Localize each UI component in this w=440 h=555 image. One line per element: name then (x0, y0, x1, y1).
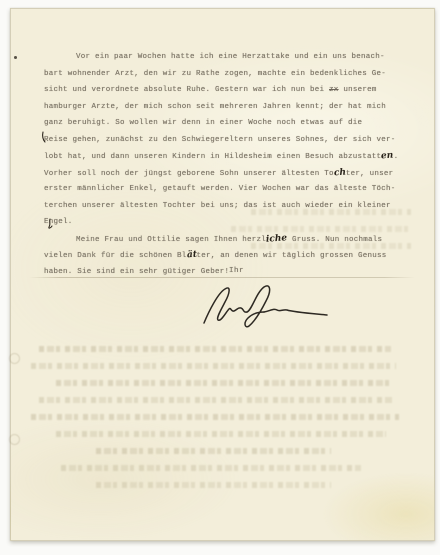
letter-line: erster männlicher Enkel, getauft werden.… (44, 181, 396, 198)
showthrough-line (31, 363, 396, 369)
text-segment: zx (329, 86, 339, 94)
margin-ink-dot (14, 56, 17, 59)
text-segment: hamburger Arzte, der mich schon seit meh… (44, 103, 386, 111)
showthrough-line (56, 380, 389, 386)
showthrough-line (96, 482, 331, 488)
showthrough-line (96, 448, 331, 454)
letter-line: hamburger Arzte, der mich schon seit meh… (44, 99, 396, 116)
text-segment: Meine Frau und Ottilie sagen Ihnen herzl (76, 236, 266, 244)
letter-line: lobt hat, und dann unseren Kindern in Hi… (44, 148, 396, 165)
showthrough-line (39, 346, 391, 352)
showthrough-line (31, 414, 399, 420)
fold-line (29, 277, 415, 278)
showthrough-line (56, 431, 386, 437)
ink-correction-text: ät (186, 247, 197, 264)
letter-paper-sheet: Vor ein paar Wochen hatte ich eine Herza… (10, 8, 435, 541)
letter-line: Vorher soll noch der jüngst geborene Soh… (44, 165, 396, 182)
text-segment: haben. Sie sind ein sehr gütiger Geber! (44, 268, 229, 276)
text-segment: Reise gehen, zunächst zu den Schwiegerel… (44, 136, 396, 144)
valediction: Ihr (229, 267, 244, 275)
text-segment: ganz beruhigt. So wollen wir denn in ein… (44, 119, 362, 127)
text-segment: Vorher soll noch der jüngst geborene Soh… (44, 170, 334, 178)
margin-smudge (9, 434, 20, 445)
text-segment: ter, unser (346, 170, 394, 178)
handwritten-signature (194, 281, 336, 335)
letter-line: ganz beruhigt. So wollen wir denn in ein… (44, 115, 396, 132)
ink-correction-text: ch (333, 164, 346, 181)
showthrough-line (251, 209, 411, 215)
text-segment: unserem (339, 86, 377, 94)
ink-correction-mark (40, 131, 50, 143)
text-segment: ter, an denen wir täglich grossen Genuss (197, 252, 387, 260)
showthrough-line (231, 226, 411, 232)
letter-line: vielen Dank für die schönen Blätter, an … (44, 247, 396, 264)
showthrough-line (61, 465, 361, 471)
letter-line: Vor ein paar Wochen hatte ich eine Herza… (44, 49, 396, 66)
showthrough-line (39, 397, 393, 403)
letter-line: bart wohnender Arzt, den wir zu Rathe zo… (44, 66, 396, 83)
text-segment: erster männlicher Enkel, getauft werden.… (44, 185, 396, 193)
text-segment: vielen Dank für die schönen Bl (44, 252, 187, 260)
letter-line: sicht und verordnete absolute Ruhe. Gest… (44, 82, 396, 99)
margin-smudge (9, 353, 20, 364)
ink-correction-text: en (381, 148, 394, 165)
text-segment: sicht und verordnete absolute Ruhe. Gest… (44, 86, 329, 94)
scanned-letter-page: { "palette": { "paper": "#f3eeda", "type… (0, 0, 440, 555)
text-segment: bart wohnender Arzt, den wir zu Rathe zo… (44, 70, 386, 78)
text-segment: . (394, 153, 399, 161)
ink-correction-mark (46, 218, 56, 230)
text-segment: lobt hat, und dann unseren Kindern in Hi… (44, 153, 381, 161)
showthrough-line (251, 243, 411, 249)
letter-line: Reise gehen, zunächst zu den Schwiegerel… (44, 132, 396, 149)
text-segment: Vor ein paar Wochen hatte ich eine Herza… (76, 53, 385, 61)
